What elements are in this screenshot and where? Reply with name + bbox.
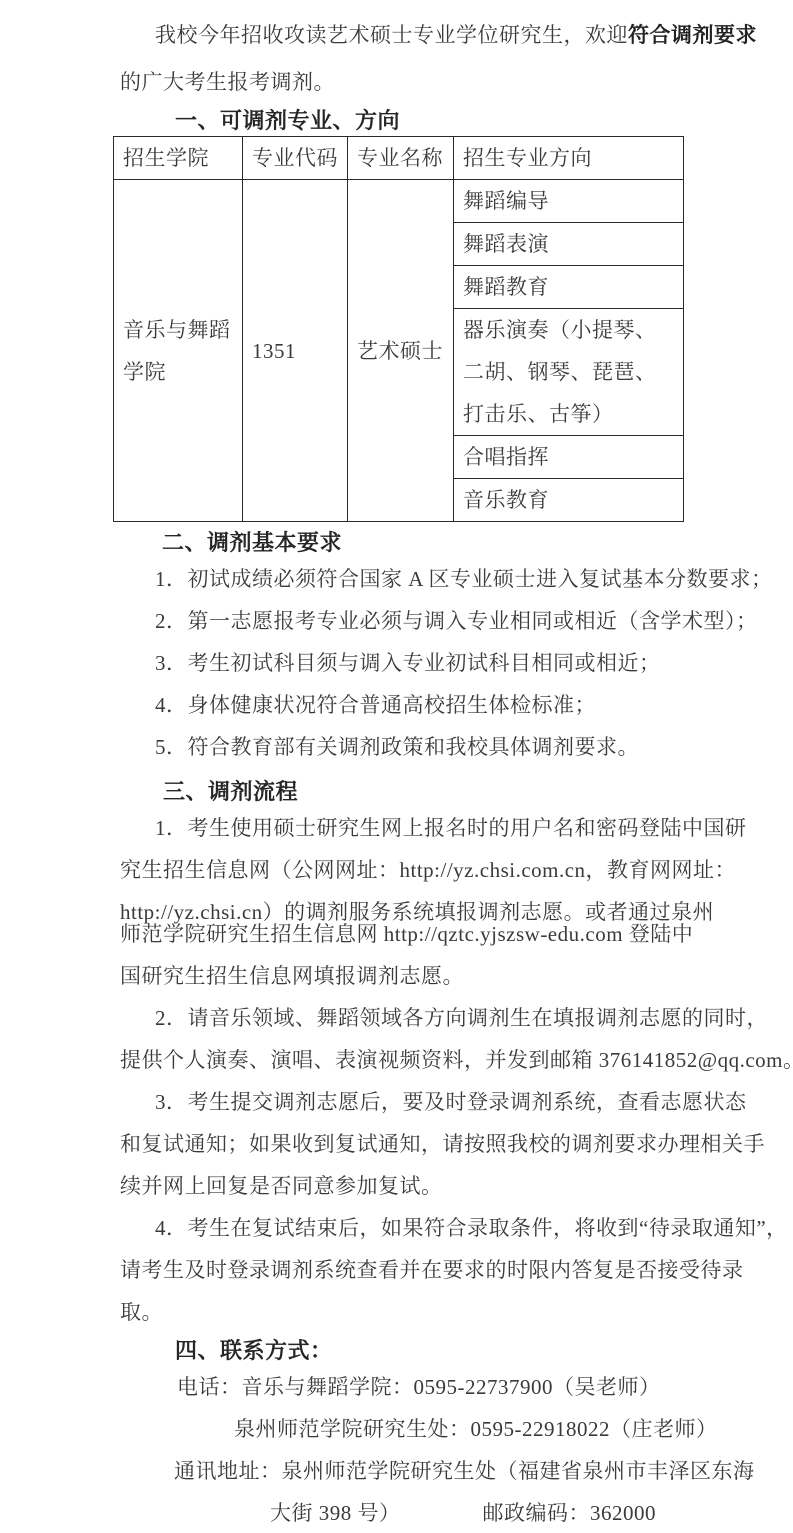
section3-p3-line-3: 续并网上回复是否同意参加复试。 (120, 1165, 672, 1207)
section2-item-4: 4．身体健康状况符合普通高校招生体检标准； (120, 684, 672, 726)
intro-line-2: 的广大考生报考调剂。 (120, 59, 672, 106)
contact-phone-line-2: 泉州师范学院研究生处：0595-22918022（庄老师） (120, 1408, 672, 1450)
section3-p2-line-2: 提供个人演奏、演唱、表演视频资料，并发到邮箱 376141852@qq.com。 (120, 1039, 672, 1081)
section3-p3-line-2: 和复试通知；如果收到复试通知，请按照我校的调剂要求办理相关手 (120, 1123, 672, 1165)
section3-p2-line-1: 2．请音乐领域、舞蹈领域各方向调剂生在填报调剂志愿的同时， (120, 997, 672, 1039)
table-header-major-code: 专业代码 (243, 137, 348, 180)
contact-address-line-1: 通讯地址：泉州师范学院研究生处（福建省泉州市丰泽区东海 (120, 1450, 672, 1492)
table-cell-major-code: 1351 (243, 180, 348, 522)
section3-p4-line-1: 4．考生在复试结束后，如果符合录取条件，将收到“待录取通知”， (120, 1207, 672, 1249)
table-cell-direction-5: 合唱指挥 (454, 436, 684, 479)
contact-address-line-2-text: 大街 398 号） (270, 1501, 401, 1525)
section1-heading: 一、可调剂专业、方向 (120, 106, 672, 136)
section2-item-5: 5．符合教育部有关调剂政策和我校具体调剂要求。 (120, 726, 672, 768)
intro-line-1: 我校今年招收攻读艺术硕士专业学位研究生，欢迎符合调剂要求 (120, 12, 672, 59)
section3-p1-line-5: 国研究生招生信息网填报调剂志愿。 (120, 955, 672, 997)
table-cell-direction-3: 舞蹈教育 (454, 266, 684, 309)
contact-address-line-2: 大街 398 号）邮政编码：362000 (120, 1492, 672, 1533)
intro-line-1-text: 我校今年招收攻读艺术硕士专业学位研究生，欢迎 (155, 23, 628, 47)
contact-postal-code: 邮政编码：362000 (483, 1501, 657, 1525)
table-cell-college: 音乐与舞蹈学院 (114, 180, 243, 522)
section3-p4-line-3: 取。 (120, 1291, 672, 1333)
intro-line-1-bold-text: 符合调剂要求 (628, 23, 757, 47)
document-content: 我校今年招收攻读艺术硕士专业学位研究生，欢迎符合调剂要求 的广大考生报考调剂。 … (120, 12, 672, 1533)
majors-table: 招生学院 专业代码 专业名称 招生专业方向 音乐与舞蹈学院 1351 艺术硕士 … (113, 136, 684, 522)
document-page: 我校今年招收攻读艺术硕士专业学位研究生，欢迎符合调剂要求 的广大考生报考调剂。 … (0, 0, 793, 1533)
contact-phone-line-1: 电话：音乐与舞蹈学院：0595-22737900（吴老师） (120, 1366, 672, 1408)
table-header-college: 招生学院 (114, 137, 243, 180)
section4-heading: 四、联系方式： (120, 1336, 672, 1366)
section2-item-2: 2．第一志愿报考专业必须与调入专业相同或相近（含学术型）； (120, 600, 672, 642)
table-cell-direction-4: 器乐演奏（小提琴、二胡、钢琴、琵琶、打击乐、古筝） (454, 309, 684, 436)
section3-p3-line-1: 3．考生提交调剂志愿后，要及时登录调剂系统，查看志愿状态 (120, 1081, 672, 1123)
table-cell-direction-1: 舞蹈编导 (454, 180, 684, 223)
section2-item-3: 3．考生初试科目须与调入专业初试科目相同或相近； (120, 642, 672, 684)
table-header-row: 招生学院 专业代码 专业名称 招生专业方向 (114, 137, 684, 180)
section3-p1-line-4: 师范学院研究生招生信息网 http://qztc.yjszsw-edu.com … (120, 913, 672, 955)
table-cell-major-name: 艺术硕士 (348, 180, 454, 522)
table-header-major-name: 专业名称 (348, 137, 454, 180)
table-cell-direction-6: 音乐教育 (454, 479, 684, 522)
section3-p1-line-2: 究生招生信息网（公网网址：http://yz.chsi.com.cn，教育网网址… (120, 849, 672, 891)
section3-heading: 三、调剂流程 (120, 777, 672, 807)
section2-heading: 二、调剂基本要求 (120, 528, 672, 558)
table-header-direction: 招生专业方向 (454, 137, 684, 180)
section3-p1-line-1: 1．考生使用硕士研究生网上报名时的用户名和密码登陆中国研 (120, 807, 672, 849)
section2-item-1: 1．初试成绩必须符合国家 A 区专业硕士进入复试基本分数要求； (120, 558, 672, 600)
table-row-direction-1: 音乐与舞蹈学院 1351 艺术硕士 舞蹈编导 (114, 180, 684, 223)
table-cell-direction-2: 舞蹈表演 (454, 223, 684, 266)
section3-p4-line-2: 请考生及时登录调剂系统查看并在要求的时限内答复是否接受待录 (120, 1249, 672, 1291)
